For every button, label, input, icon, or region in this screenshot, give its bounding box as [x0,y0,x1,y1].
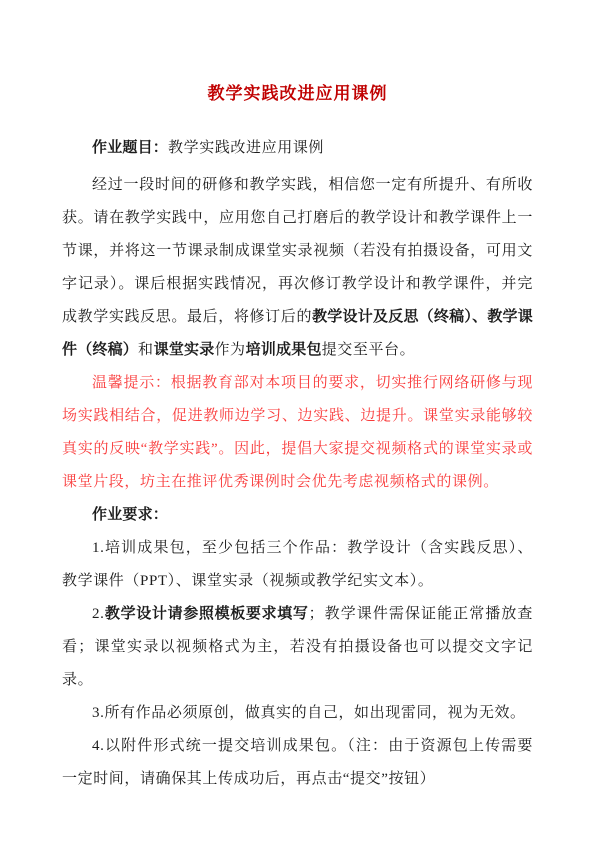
text-run: 3.所有作品必须原创，做真实的自己，如出现雷同，视为无效。 [92,705,526,721]
text-run: 课堂实录 [154,342,215,358]
text-run: 和 [138,342,154,358]
text-run: 提交至平台。 [322,342,416,358]
requirements-heading: 作业要求： [62,499,533,532]
intro-paragraph: 经过一段时间的研修和教学实践，相信您一定有所提升、有所收获。请在教学实践中，应用… [62,169,533,367]
text-run: 作业要求： [92,507,168,523]
text-run: 作业题目： [92,140,168,156]
text-run: 培训成果包 [246,342,322,358]
requirement-item-4: 4.以附件形式统一提交培训成果包。（注：由于资源包上传需要一定时间，请确保其上传… [62,730,533,796]
requirement-item-2: 2.教学设计请参照模板要求填写；教学课件需保证能正常播放查看；课堂实录以视频格式… [62,598,533,697]
assignment-topic-line: 作业题目：教学实践改进应用课例 [62,132,533,165]
text-run: 温馨提示：根据教育部对本项目的要求，切实推行网络研修与现场实践相结合，促进教师边… [62,375,533,490]
text-run: 经过一段时间的研修和教学实践，相信您一定有所提升、有所收获。请在教学实践中，应用… [62,177,533,325]
text-run: 作为 [214,342,245,358]
warm-hint-paragraph: 温馨提示：根据教育部对本项目的要求，切实推行网络研修与现场实践相结合，促进教师边… [62,367,533,499]
text-run: 4.以附件形式统一提交培训成果包。（注：由于资源包上传需要一定时间，请确保其上传… [62,738,533,787]
text-run: 教学设计请参照模板要求填写 [104,606,308,622]
text-run: 教学实践改进应用课例 [168,140,324,156]
document-title: 教学实践改进应用课例 [62,80,533,108]
text-run: 2. [92,606,104,622]
requirement-item-1: 1.培训成果包，至少包括三个作品：教学设计（含实践反思）、教学课件（PPT）、课… [62,532,533,598]
text-run: 1.培训成果包，至少包括三个作品：教学设计（含实践反思）、教学课件（PPT）、课… [62,540,533,589]
document-body: 作业题目：教学实践改进应用课例经过一段时间的研修和教学实践，相信您一定有所提升、… [62,132,533,796]
document-page: 教学实践改进应用课例 作业题目：教学实践改进应用课例经过一段时间的研修和教学实践… [0,0,595,842]
requirement-item-3: 3.所有作品必须原创，做真实的自己，如出现雷同，视为无效。 [62,697,533,730]
